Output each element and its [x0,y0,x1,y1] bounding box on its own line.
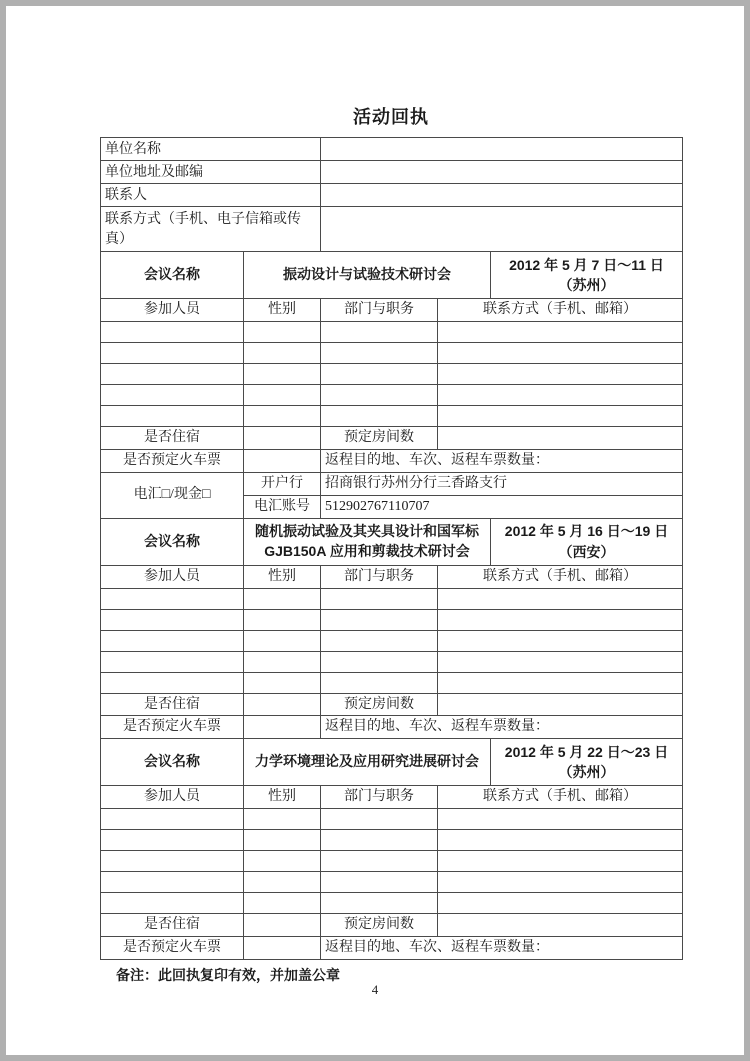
conference-1-place: （苏州） [495,275,678,295]
attendee-name-cell[interactable] [101,363,244,384]
conference-2-row: 会议名称 随机振动试验及其夹具设计和国军标 GJB150A 应用和剪裁技术研讨会… [101,518,683,565]
unit-address-value[interactable] [321,161,683,184]
contact-person-label: 联系人 [101,184,321,207]
attendee-header-row: 参加人员 性别 部门与职务 联系方式（手机、邮箱） [101,299,683,322]
conference-3-place: （苏州） [495,762,678,782]
contact-header: 联系方式（手机、邮箱） [438,565,683,588]
attendee-name-cell[interactable] [101,384,244,405]
department-cell[interactable] [321,609,438,630]
department-cell[interactable] [321,830,438,851]
contact-cell[interactable] [438,893,683,914]
conference-2-date-range: 2012 年 5 月 16 日～19 日 [495,521,678,541]
page-title: 活动回执 [100,103,682,129]
department-header: 部门与职务 [321,565,438,588]
gender-cell[interactable] [244,672,321,693]
reply-form: 活动回执 单位名称 单位地址及邮编 联系人 联系方式（手机、电子信箱或传真） [100,103,682,985]
contact-method-label: 联系方式（手机、电子信箱或传真） [101,207,321,252]
department-cell[interactable] [321,872,438,893]
attendee-name-cell[interactable] [101,342,244,363]
gender-cell[interactable] [244,321,321,342]
attendee-row [101,405,683,426]
attendee-header-row: 参加人员 性别 部门与职务 联系方式（手机、邮箱） [101,786,683,809]
contact-method-value[interactable] [321,207,683,252]
gender-cell[interactable] [244,609,321,630]
attendee-row [101,630,683,651]
attendee-name-cell[interactable] [101,809,244,830]
gender-header: 性别 [244,299,321,322]
unit-address-row: 单位地址及邮编 [101,161,683,184]
department-cell[interactable] [321,851,438,872]
lodging-label: 是否住宿 [101,914,244,937]
contact-cell[interactable] [438,609,683,630]
conference-3-row: 会议名称 力学环境理论及应用研究进展研讨会 2012 年 5 月 22 日～23… [101,739,683,786]
attendee-name-cell[interactable] [101,830,244,851]
conference-1-date: 2012 年 5 月 7 日～11 日 （苏州） [491,252,683,299]
contact-cell[interactable] [438,851,683,872]
gender-header: 性别 [244,565,321,588]
contact-cell[interactable] [438,588,683,609]
gender-cell[interactable] [244,588,321,609]
train-answer-cell[interactable] [244,937,321,960]
return-info-label: 返程目的地、车次、返程车票数量： [321,449,683,472]
attendee-row [101,321,683,342]
attendee-row [101,609,683,630]
department-cell[interactable] [321,405,438,426]
conference-1-label: 会议名称 [101,252,244,299]
unit-name-row: 单位名称 [101,138,683,161]
account-label: 电汇账号 [244,495,321,518]
page-number: 4 [6,982,744,998]
contact-cell[interactable] [438,630,683,651]
contact-method-row: 联系方式（手机、电子信箱或传真） [101,207,683,252]
conference-1-date-range: 2012 年 5 月 7 日～11 日 [495,255,678,275]
conference-1-name: 振动设计与试验技术研讨会 [244,252,491,299]
payment-method-cell[interactable]: 电汇□/现金□ [101,472,244,518]
attendee-name-cell[interactable] [101,872,244,893]
department-cell[interactable] [321,893,438,914]
contact-header: 联系方式（手机、邮箱） [438,299,683,322]
contact-cell[interactable] [438,363,683,384]
gender-cell[interactable] [244,405,321,426]
train-ticket-row: 是否预定火车票 返程目的地、车次、返程车票数量： [101,937,683,960]
train-ticket-row: 是否预定火车票 返程目的地、车次、返程车票数量： [101,716,683,739]
lodging-answer-cell[interactable] [244,693,321,716]
contact-cell[interactable] [438,321,683,342]
gender-cell[interactable] [244,363,321,384]
reply-form-table: 单位名称 单位地址及邮编 联系人 联系方式（手机、电子信箱或传真） 会议名称 振… [100,137,683,960]
rooms-answer-cell[interactable] [438,426,683,449]
contact-cell[interactable] [438,672,683,693]
attendee-row [101,342,683,363]
attendee-row [101,893,683,914]
bank-row: 电汇□/现金□ 开户行 招商银行苏州分行三香路支行 [101,472,683,495]
attendee-row [101,384,683,405]
unit-name-label: 单位名称 [101,138,321,161]
conference-3-name: 力学环境理论及应用研究进展研讨会 [244,739,491,786]
conference-2-label: 会议名称 [101,518,244,565]
attendee-row [101,809,683,830]
document-page: 活动回执 单位名称 单位地址及邮编 联系人 联系方式（手机、电子信箱或传真） [0,0,750,1061]
gender-cell[interactable] [244,651,321,672]
gender-cell[interactable] [244,384,321,405]
attendee-name-cell[interactable] [101,609,244,630]
return-info-label: 返程目的地、车次、返程车票数量： [321,716,683,739]
bank-name-value: 招商银行苏州分行三香路支行 [321,472,683,495]
train-ticket-label: 是否预定火车票 [101,449,244,472]
contact-cell[interactable] [438,651,683,672]
return-info-label: 返程目的地、车次、返程车票数量： [321,937,683,960]
unit-address-label: 单位地址及邮编 [101,161,321,184]
attendee-name-cell[interactable] [101,851,244,872]
attendee-header: 参加人员 [101,299,244,322]
conference-1-row: 会议名称 振动设计与试验技术研讨会 2012 年 5 月 7 日～11 日 （苏… [101,252,683,299]
lodging-label: 是否住宿 [101,693,244,716]
train-answer-cell[interactable] [244,716,321,739]
attendee-row [101,851,683,872]
department-header: 部门与职务 [321,299,438,322]
rooms-label: 预定房间数 [321,914,438,937]
department-cell[interactable] [321,384,438,405]
attendee-row [101,363,683,384]
contact-cell[interactable] [438,384,683,405]
attendee-row [101,588,683,609]
attendee-header: 参加人员 [101,565,244,588]
contact-header: 联系方式（手机、邮箱） [438,786,683,809]
train-ticket-label: 是否预定火车票 [101,937,244,960]
department-cell[interactable] [321,363,438,384]
conference-2-place: （西安） [495,542,678,562]
department-cell[interactable] [321,321,438,342]
gender-cell[interactable] [244,851,321,872]
lodging-row: 是否住宿 预定房间数 [101,693,683,716]
conference-2-date: 2012 年 5 月 16 日～19 日 （西安） [491,518,683,565]
attendee-name-cell[interactable] [101,321,244,342]
lodging-row: 是否住宿 预定房间数 [101,426,683,449]
bank-label: 开户行 [244,472,321,495]
train-answer-cell[interactable] [244,449,321,472]
attendee-name-cell[interactable] [101,630,244,651]
contact-person-value[interactable] [321,184,683,207]
department-cell[interactable] [321,342,438,363]
rooms-label: 预定房间数 [321,426,438,449]
conference-3-label: 会议名称 [101,739,244,786]
attendee-header-row: 参加人员 性别 部门与职务 联系方式（手机、邮箱） [101,565,683,588]
attendee-name-cell[interactable] [101,588,244,609]
department-cell[interactable] [321,672,438,693]
contact-cell[interactable] [438,809,683,830]
contact-cell[interactable] [438,405,683,426]
attendee-header: 参加人员 [101,786,244,809]
lodging-label: 是否住宿 [101,426,244,449]
attendee-row [101,651,683,672]
gender-cell[interactable] [244,893,321,914]
gender-cell[interactable] [244,809,321,830]
gender-cell[interactable] [244,630,321,651]
contact-person-row: 联系人 [101,184,683,207]
conference-3-date-range: 2012 年 5 月 22 日～23 日 [495,742,678,762]
lodging-row: 是否住宿 预定房间数 [101,914,683,937]
rooms-label: 预定房间数 [321,693,438,716]
attendee-name-cell[interactable] [101,893,244,914]
gender-cell[interactable] [244,342,321,363]
attendee-name-cell[interactable] [101,405,244,426]
attendee-row [101,672,683,693]
rooms-answer-cell[interactable] [438,914,683,937]
department-cell[interactable] [321,651,438,672]
rooms-answer-cell[interactable] [438,693,683,716]
conference-2-name: 随机振动试验及其夹具设计和国军标 GJB150A 应用和剪裁技术研讨会 [244,518,491,565]
contact-cell[interactable] [438,872,683,893]
attendee-name-cell[interactable] [101,651,244,672]
train-ticket-row: 是否预定火车票 返程目的地、车次、返程车票数量： [101,449,683,472]
lodging-answer-cell[interactable] [244,426,321,449]
gender-cell[interactable] [244,830,321,851]
lodging-answer-cell[interactable] [244,914,321,937]
conference-3-date: 2012 年 5 月 22 日～23 日 （苏州） [491,739,683,786]
department-cell[interactable] [321,630,438,651]
gender-header: 性别 [244,786,321,809]
department-header: 部门与职务 [321,786,438,809]
department-cell[interactable] [321,809,438,830]
unit-name-value[interactable] [321,138,683,161]
department-cell[interactable] [321,588,438,609]
gender-cell[interactable] [244,872,321,893]
contact-cell[interactable] [438,830,683,851]
contact-cell[interactable] [438,342,683,363]
attendee-row [101,872,683,893]
train-ticket-label: 是否预定火车票 [101,716,244,739]
attendee-name-cell[interactable] [101,672,244,693]
attendee-row [101,830,683,851]
account-number-value: 512902767110707 [321,495,683,518]
